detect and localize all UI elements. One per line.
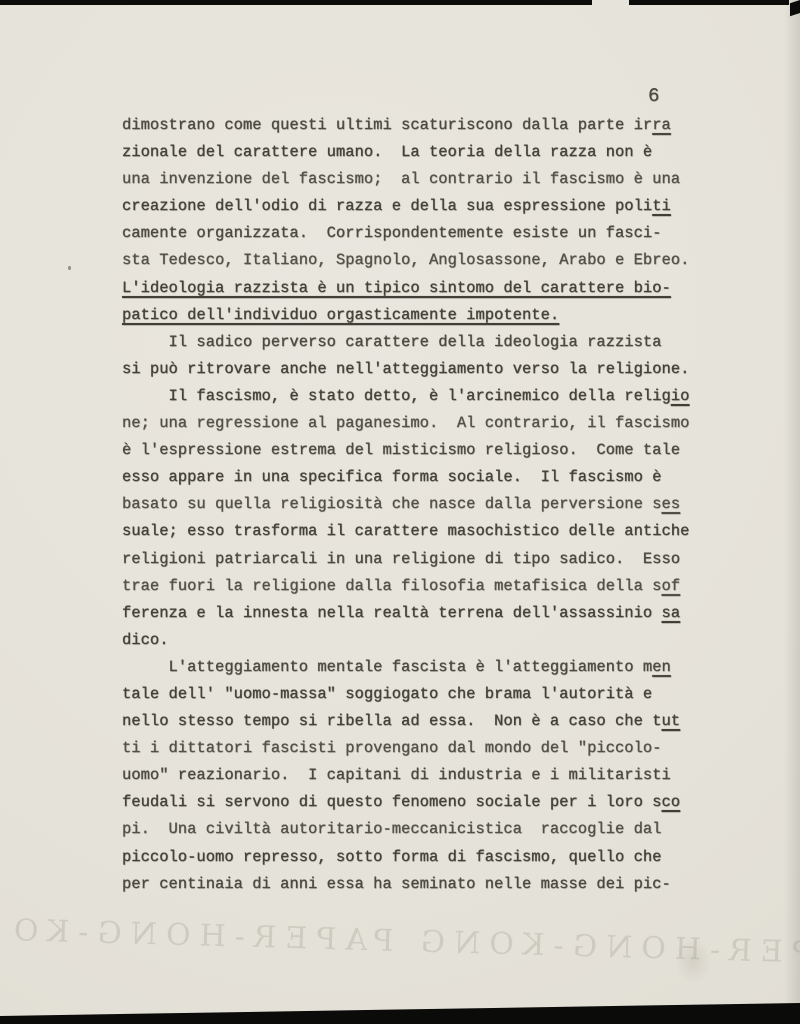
underlined-text-segment: es bbox=[662, 495, 681, 513]
text-line: creazione dell'odio di razza e della sua… bbox=[122, 193, 702, 220]
text-line: ferenza e la innesta nella realtà terren… bbox=[122, 600, 702, 627]
scanned-paper-page: PER-HONG-KONG PAPER-HONG-KO 6 dimostrano… bbox=[0, 0, 800, 1024]
text-line: pi. Una civiltà autoritario-meccanicisti… bbox=[122, 816, 702, 843]
text-line: L'atteggiamento mentale fascista è l'att… bbox=[122, 654, 702, 681]
text-segment: tale dell' "uomo-massa" soggiogato che b… bbox=[122, 685, 652, 703]
text-line: religioni patriarcali in una religione d… bbox=[122, 546, 702, 573]
text-line: feudali si servono di questo fenomeno so… bbox=[122, 789, 702, 816]
underlined-text-segment: co bbox=[662, 793, 681, 811]
text-line: piccolo-uomo represso, sotto forma di fa… bbox=[122, 844, 702, 871]
scanner-bar-top-right bbox=[629, 0, 789, 5]
text-line: dimostrano come questi ultimi scaturisco… bbox=[122, 112, 702, 139]
text-segment: trae fuori la religione dalla filosofia … bbox=[122, 577, 662, 595]
text-segment: sta Tedesco, Italiano, Spagnolo, Anglosa… bbox=[122, 251, 689, 269]
underlined-text-segment: ut bbox=[662, 712, 681, 730]
text-segment: dimostrano come questi ultimi scaturisco… bbox=[122, 116, 652, 134]
paper-smudge bbox=[668, 928, 718, 994]
text-line: sta Tedesco, Italiano, Spagnolo, Anglosa… bbox=[122, 247, 702, 274]
underlined-text-segment: en bbox=[652, 658, 671, 676]
text-segment: ferenza e la innesta nella realtà terren… bbox=[122, 604, 662, 622]
underlined-text-segment: of bbox=[662, 577, 681, 595]
text-segment: ne; una regressione al paganesimo. Al co… bbox=[122, 414, 689, 432]
ink-speck bbox=[68, 266, 71, 270]
text-line: uomo" reazionario. I capitani di industr… bbox=[122, 762, 702, 789]
text-line: camente organizzata. Corrispondentemente… bbox=[122, 220, 702, 247]
text-segment: suale; esso trasforma il carattere masoc… bbox=[122, 522, 689, 540]
text-segment: basato su quella religiosità che nasce d… bbox=[122, 495, 662, 513]
text-segment: per centinaia di anni essa ha seminato n… bbox=[122, 875, 671, 893]
text-line: trae fuori la religione dalla filosofia … bbox=[122, 573, 702, 600]
text-segment: esso appare in una specifica forma socia… bbox=[122, 468, 662, 486]
text-line: esso appare in una specifica forma socia… bbox=[122, 464, 702, 491]
text-line: ti i dittatori fascisti provengano dal m… bbox=[122, 735, 702, 762]
text-segment: zionale del carattere umano. La teoria d… bbox=[122, 143, 652, 161]
text-segment: L'atteggiamento mentale fascista è l'att… bbox=[122, 658, 652, 676]
underlined-text-segment: ti bbox=[652, 197, 671, 215]
paper-watermark: PER-HONG-KONG PAPER-HONG-KO bbox=[0, 913, 800, 971]
text-segment: piccolo-uomo represso, sotto forma di fa… bbox=[122, 848, 662, 866]
text-segment: creazione dell'odio di razza e della sua… bbox=[122, 197, 652, 215]
underlined-text-segment: L'ideologia razzista è un tipico sintomo… bbox=[122, 279, 671, 297]
text-line: suale; esso trasforma il carattere masoc… bbox=[122, 518, 702, 545]
text-segment: si può ritrovare anche nell'atteggiament… bbox=[122, 360, 689, 378]
text-segment: una invenzione del fascismo; al contrari… bbox=[122, 170, 680, 188]
text-line: Il fascismo, è stato detto, è l'arcinemi… bbox=[122, 383, 702, 410]
text-segment: religioni patriarcali in una religione d… bbox=[122, 550, 680, 568]
text-line: si può ritrovare anche nell'atteggiament… bbox=[122, 356, 702, 383]
text-segment: dico. bbox=[122, 631, 169, 649]
text-segment: Il sadico perverso carattere della ideol… bbox=[122, 333, 662, 351]
text-segment: Il fascismo, è stato detto, è l'arcinemi… bbox=[122, 387, 671, 405]
text-segment: ti i dittatori fascisti provengano dal m… bbox=[122, 739, 662, 757]
text-segment: camente organizzata. Corrispondentemente… bbox=[122, 224, 662, 242]
right-edge-shadow bbox=[784, 0, 800, 1024]
page-number: 6 bbox=[648, 85, 659, 107]
text-line: zionale del carattere umano. La teoria d… bbox=[122, 139, 702, 166]
text-segment: feudali si servono di questo fenomeno so… bbox=[122, 793, 662, 811]
text-line: nello stesso tempo si ribella ad essa. N… bbox=[122, 708, 702, 735]
text-line: Il sadico perverso carattere della ideol… bbox=[122, 329, 702, 356]
text-line: è l'espressione estrema del misticismo r… bbox=[122, 437, 702, 464]
underlined-text-segment: sa bbox=[662, 604, 681, 622]
text-line: L'ideologia razzista è un tipico sintomo… bbox=[122, 275, 702, 302]
text-line: ne; una regressione al paganesimo. Al co… bbox=[122, 410, 702, 437]
text-line: patico dell'individuo orgasticamente imp… bbox=[122, 302, 702, 329]
underlined-text-segment: ra bbox=[652, 116, 671, 134]
text-segment: è l'espressione estrema del misticismo r… bbox=[122, 441, 680, 459]
underlined-text-segment: io bbox=[671, 387, 690, 405]
text-line: una invenzione del fascismo; al contrari… bbox=[122, 166, 702, 193]
underlined-text-segment: patico dell'individuo orgasticamente imp… bbox=[122, 306, 559, 324]
text-segment: pi. Una civiltà autoritario-meccanicisti… bbox=[122, 820, 662, 838]
typewritten-text-block: dimostrano come questi ultimi scaturisco… bbox=[122, 112, 702, 898]
text-line: basato su quella religiosità che nasce d… bbox=[122, 491, 702, 518]
scanner-bar-top-left bbox=[0, 0, 592, 5]
text-line: dico. bbox=[122, 627, 702, 654]
text-line: per centinaia di anni essa ha seminato n… bbox=[122, 871, 702, 898]
text-line: tale dell' "uomo-massa" soggiogato che b… bbox=[122, 681, 702, 708]
text-segment: uomo" reazionario. I capitani di industr… bbox=[122, 766, 671, 784]
text-segment: nello stesso tempo si ribella ad essa. N… bbox=[122, 712, 662, 730]
